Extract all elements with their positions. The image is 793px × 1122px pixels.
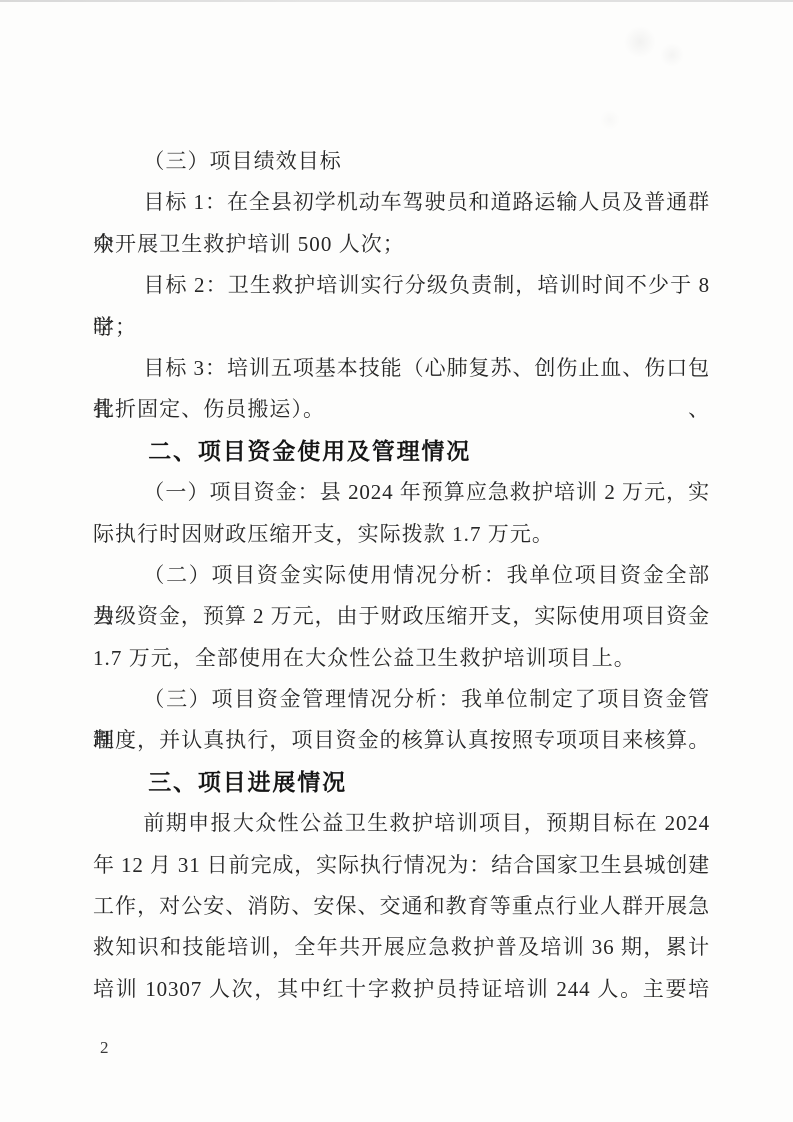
text-line: （三）项目资金管理情况分析：我单位制定了项目资金管理 (93, 679, 710, 720)
text-line: （一）项目资金：县 2024 年预算应急救护培训 2 万元，实 (93, 472, 710, 513)
text-line: 目标 2：卫生救护培训实行分级负责制，培训时间不少于 8 学 (93, 265, 710, 306)
text-line: 目标 1：在全县初学机动车驾驶员和道路运输人员及普通群众 (93, 182, 710, 223)
text-line: 救知识和技能培训，全年共开展应急救护普及培训 36 期，累计 (93, 927, 710, 968)
text-line: （二）项目资金实际使用情况分析：我单位项目资金全部为 (93, 555, 710, 596)
text-line: 年 12 月 31 日前完成，实际执行情况为：结合国家卫生县城创建 (93, 845, 710, 886)
text-line: 时； (93, 307, 710, 348)
text-line: 培训 10307 人次，其中红十字救护员持证培训 244 人。主要培 (93, 969, 710, 1010)
scan-edge-artifact (0, 0, 793, 2)
text-line: 1.7 万元，全部使用在大众性公益卫生救护培训项目上。 (93, 638, 710, 679)
scanned-document-page: （三）项目绩效目标目标 1：在全县初学机动车驾驶员和道路运输人员及普通群众中开展… (0, 0, 793, 1122)
text-line: 县级资金，预算 2 万元，由于财政压缩开支，实际使用项目资金 (93, 596, 710, 637)
document-body: （三）项目绩效目标目标 1：在全县初学机动车驾驶员和道路运输人员及普通群众中开展… (93, 141, 710, 1010)
section-heading: 二、项目资金使用及管理情况 (93, 431, 710, 472)
subsection-heading: （三）项目绩效目标 (93, 141, 710, 182)
text-line: 际执行时因财政压缩开支，实际拨款 1.7 万元。 (93, 514, 710, 555)
text-line: 目标 3：培训五项基本技能（心肺复苏、创伤止血、伤口包扎、 (93, 348, 710, 389)
text-line: 前期申报大众性公益卫生救护培训项目，预期目标在 2024 (93, 803, 710, 844)
text-line: 工作，对公安、消防、安保、交通和教育等重点行业人群开展急 (93, 886, 710, 927)
page-number: 2 (100, 1038, 109, 1058)
text-line: 制度，并认真执行，项目资金的核算认真按照专项项目来核算。 (93, 720, 710, 761)
section-heading: 三、项目进展情况 (93, 762, 710, 803)
text-line: 中开展卫生救护培训 500 人次； (93, 224, 710, 265)
